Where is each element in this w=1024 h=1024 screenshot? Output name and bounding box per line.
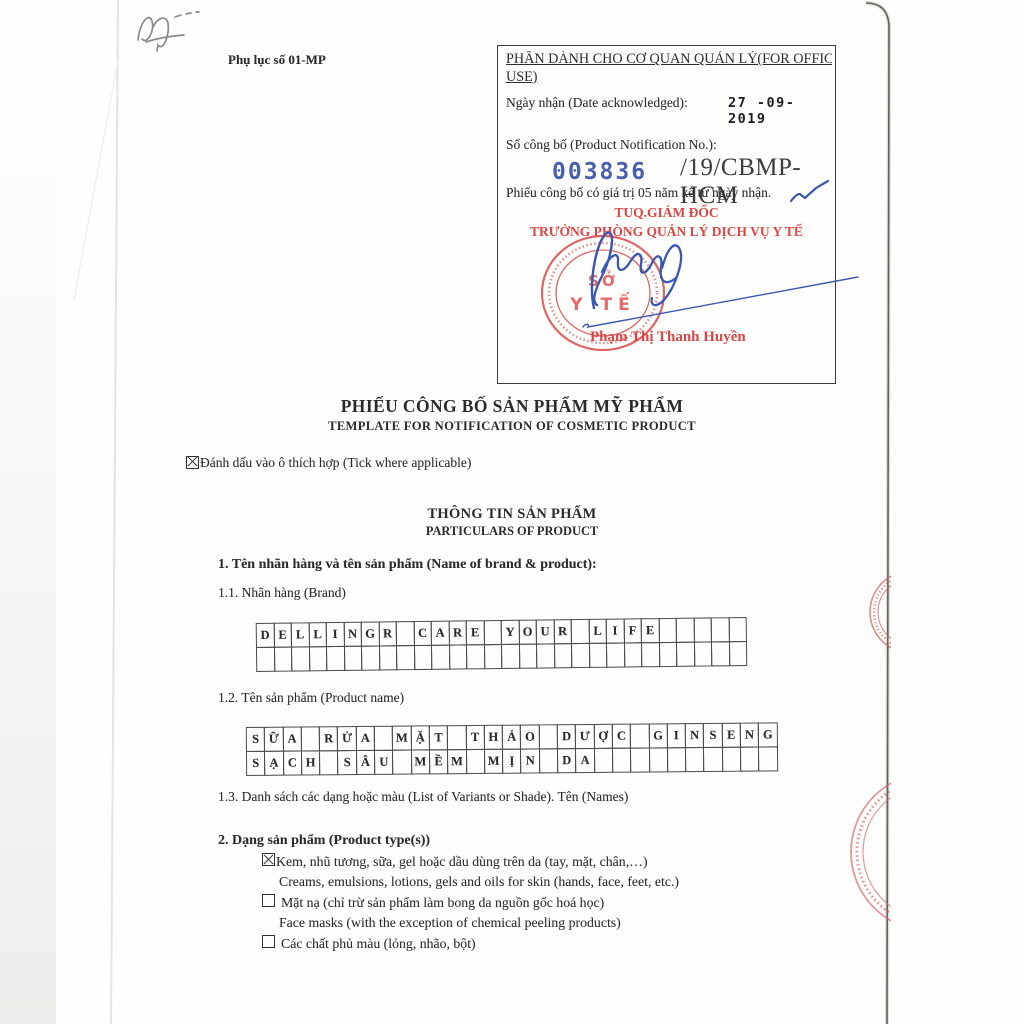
- letter-cell: A: [356, 726, 376, 751]
- letter-cell: [676, 618, 695, 643]
- product-info-heading-en: PARTICULARS OF PRODUCT: [2, 524, 1022, 539]
- edge-bleed-stamps: [851, 571, 1009, 931]
- product-type-label-vi: Mặt nạ (chỉ trừ sản phẩm làm bong da ngu…: [281, 893, 604, 913]
- letter-cell: [667, 747, 687, 772]
- product-type-label-en: Creams, emulsions, lotions, gels and oil…: [262, 872, 802, 892]
- letter-cell: Â: [356, 750, 376, 775]
- letter-cell: [728, 641, 747, 666]
- letter-cell: C: [283, 751, 303, 776]
- letter-cell: [319, 750, 339, 775]
- letter-cell: [711, 617, 730, 642]
- letter-cell: S: [337, 750, 357, 775]
- date-received-stamp: 27 -09- 2019: [728, 95, 835, 127]
- stamp-center-line2: Y TẾ: [569, 291, 635, 315]
- letter-cell: [448, 644, 467, 669]
- brand-label: 1.1. Nhãn hàng (Brand): [218, 585, 346, 601]
- letter-cell: M: [392, 726, 412, 751]
- letter-cell: [722, 747, 742, 772]
- letter-cell: T: [465, 725, 485, 750]
- letter-cell: [301, 726, 321, 751]
- product-type-label-vi: Kem, nhũ tương, sữa, gel hoặc dầu dùng t…: [276, 852, 648, 872]
- product-type-label-en: Face masks (with the exception of chemic…: [262, 913, 802, 933]
- letter-cell: [641, 642, 660, 667]
- letter-cell: [728, 617, 747, 642]
- letter-cell: H: [301, 750, 321, 775]
- letter-cell: M: [447, 749, 467, 774]
- notification-number-stamp: 003836: [552, 159, 647, 185]
- letter-cell: D: [256, 623, 275, 648]
- letter-cell: [343, 646, 362, 671]
- edge-stamp-lower: [851, 773, 1009, 931]
- letter-cell: [623, 642, 642, 667]
- notification-number-label: Số công bố (Product Notification No.):: [506, 137, 717, 153]
- product-type-item: Kem, nhũ tương, sữa, gel hoặc dầu dùng t…: [262, 852, 802, 893]
- product-type-item: Mặt nạ (chỉ trừ sản phẩm làm bong da ngu…: [262, 893, 802, 934]
- official-use-box: PHẦN DÀNH CHO CƠ QUAN QUẢN LÝ(FOR OFFICI…: [497, 45, 836, 384]
- notification-number-suffix: /19/CBMP-HCM: [680, 154, 835, 210]
- document-title-vi: PHIẾU CÔNG BỐ SẢN PHẨM MỸ PHẨM: [2, 396, 1022, 417]
- letter-cell: [256, 647, 275, 672]
- appendix-label: Phụ lục số 01-MP: [228, 52, 326, 68]
- letter-cell: [431, 645, 450, 670]
- product-name-letter-grid: SỮARỬAMẶTTHẢODƯỢCGINSENGSẠCHSÂUMỀMMỊNDA: [246, 723, 777, 776]
- letter-cell: E: [466, 620, 485, 645]
- letter-cell: [308, 646, 327, 671]
- official-box-heading-line2: USE): [506, 69, 832, 86]
- letter-cell: [378, 645, 397, 670]
- letter-cell: [571, 619, 590, 644]
- letter-cell: E: [273, 623, 292, 648]
- letter-cell: R: [319, 726, 339, 751]
- letter-cell: N: [520, 748, 540, 773]
- letter-cell: M: [411, 749, 431, 774]
- letter-cell: [658, 618, 677, 643]
- letter-cell: [539, 748, 559, 773]
- letter-cell: [693, 641, 712, 666]
- letter-cell: [501, 644, 520, 669]
- letter-cell: S: [246, 727, 266, 752]
- letter-cell: [392, 750, 412, 775]
- letter-cell: L: [588, 619, 607, 644]
- tick-note-label: Đánh dấu vào ô thích hợp (Tick where app…: [200, 455, 471, 470]
- variants-label: 1.3. Danh sách các dạng hoặc màu (List o…: [218, 789, 628, 805]
- letter-cell: [413, 645, 432, 670]
- letter-cell: [658, 642, 677, 667]
- letter-cell: I: [326, 622, 345, 647]
- product-info-heading-vi: THÔNG TIN SẢN PHẨM: [2, 506, 1022, 523]
- edge-stamp-upper: [870, 571, 952, 653]
- validity-note: Phiếu công bố có giá trị 05 năm kể từ ng…: [506, 185, 771, 201]
- letter-cell: [536, 643, 555, 668]
- letter-cell: M: [484, 749, 504, 774]
- letter-cell: O: [520, 724, 540, 749]
- letter-cell: R: [448, 620, 467, 645]
- letter-cell: Ạ: [264, 751, 284, 776]
- letter-cell: [693, 617, 712, 642]
- letter-cell: D: [557, 724, 577, 749]
- letter-cell: C: [612, 724, 632, 749]
- letter-cell: [466, 644, 485, 669]
- letter-cell: [571, 643, 590, 668]
- page-crease: [74, 60, 118, 300]
- letter-cell: E: [721, 723, 741, 748]
- letter-cell: [326, 646, 345, 671]
- letter-cell: Ữ: [264, 727, 284, 752]
- letter-cell: Ợ: [593, 724, 613, 749]
- product-type-item: Các chất phủ màu (lỏng, nhão, bột): [262, 934, 802, 954]
- product-type-checkbox: [262, 894, 275, 907]
- letter-cell: [273, 647, 292, 672]
- letter-cell: Ư: [575, 724, 595, 749]
- handwritten-scribble: [138, 12, 199, 51]
- letter-cell: [466, 749, 486, 774]
- product-type-checkbox: [262, 853, 275, 866]
- letter-cell: [396, 645, 415, 670]
- letter-cell: S: [246, 751, 266, 776]
- letter-cell: [447, 725, 467, 750]
- section1-heading: 1. Tên nhãn hàng và tên sản phẩm (Name o…: [218, 557, 597, 573]
- letter-cell: D: [557, 748, 577, 773]
- letter-cell: [291, 646, 310, 671]
- letter-cell: [758, 746, 778, 771]
- letter-cell: G: [648, 723, 668, 748]
- letter-cell: R: [553, 619, 572, 644]
- product-name-label: 1.2. Tên sản phẩm (Product name): [218, 690, 404, 706]
- letter-cell: H: [484, 725, 504, 750]
- product-type-list: Kem, nhũ tương, sữa, gel hoặc dầu dùng t…: [262, 852, 802, 954]
- letter-cell: [396, 621, 415, 646]
- product-type-label-vi: Các chất phủ màu (lỏng, nhão, bột): [281, 934, 476, 954]
- letter-cell: [594, 748, 614, 773]
- letter-cell: Ả: [502, 725, 522, 750]
- letter-cell: [612, 748, 632, 773]
- letter-cell: T: [429, 725, 449, 750]
- letter-cell: [711, 641, 730, 666]
- letter-cell: [539, 724, 559, 749]
- letter-grid-row: [256, 641, 746, 672]
- letter-cell: A: [575, 748, 595, 773]
- section2-heading: 2. Dạng sản phẩm (Product type(s)): [218, 833, 430, 849]
- letter-grid-row: SẠCHSÂUMỀMMỊNDA: [246, 746, 777, 776]
- letter-cell: I: [667, 723, 687, 748]
- letter-cell: [630, 723, 650, 748]
- date-acknowledged-label: Ngày nhận (Date acknowledged):: [506, 95, 688, 111]
- tick-note: Đánh dấu vào ô thích hợp (Tick where app…: [186, 455, 471, 471]
- letter-cell: G: [361, 621, 380, 646]
- letter-cell: [374, 726, 394, 751]
- letter-cell: [606, 642, 625, 667]
- letter-cell: Y: [501, 620, 520, 645]
- letter-cell: L: [291, 622, 310, 647]
- letter-cell: [685, 747, 705, 772]
- letter-cell: Ề: [429, 749, 449, 774]
- letter-cell: [630, 747, 650, 772]
- brand-letter-grid: DELLINGRCAREYOURLIFE: [256, 618, 747, 672]
- letter-cell: U: [374, 750, 394, 775]
- letter-cell: C: [413, 621, 432, 646]
- letter-cell: N: [343, 622, 362, 647]
- letter-cell: Ử: [337, 726, 357, 751]
- letter-cell: A: [431, 621, 450, 646]
- signer-name: Phạm Thị Thanh Huyền: [590, 329, 746, 346]
- letter-cell: [740, 747, 760, 772]
- letter-cell: L: [308, 622, 327, 647]
- letter-cell: G: [758, 722, 778, 747]
- letter-cell: [553, 643, 572, 668]
- letter-cell: [483, 620, 502, 645]
- letter-cell: [483, 644, 502, 669]
- letter-cell: [676, 642, 695, 667]
- letter-cell: O: [518, 620, 537, 645]
- approver-title-line1: TUQ.GIÁM ĐỐC: [498, 205, 835, 221]
- letter-cell: Ặ: [410, 725, 430, 750]
- letter-cell: R: [378, 621, 397, 646]
- letter-cell: [518, 644, 537, 669]
- letter-cell: N: [685, 723, 705, 748]
- letter-cell: [361, 645, 380, 670]
- letter-cell: A: [282, 727, 302, 752]
- stamp-center-line1: SỞ: [588, 269, 618, 290]
- letter-cell: I: [606, 618, 625, 643]
- letter-cell: [588, 643, 607, 668]
- document-title-en: TEMPLATE FOR NOTIFICATION OF COSMETIC PR…: [2, 419, 1022, 434]
- official-box-heading-line1: PHẦN DÀNH CHO CƠ QUAN QUẢN LÝ(FOR OFFICI…: [506, 51, 832, 68]
- tick-note-checkbox: [186, 456, 199, 469]
- letter-cell: S: [703, 723, 723, 748]
- letter-cell: [703, 747, 723, 772]
- letter-cell: [649, 747, 669, 772]
- stamp-ring-text-marks: [549, 243, 657, 343]
- letter-cell: F: [623, 618, 642, 643]
- product-type-checkbox: [262, 935, 275, 948]
- letter-cell: Ị: [502, 749, 522, 774]
- letter-cell: E: [641, 618, 660, 643]
- letter-cell: N: [740, 723, 760, 748]
- letter-cell: U: [536, 619, 555, 644]
